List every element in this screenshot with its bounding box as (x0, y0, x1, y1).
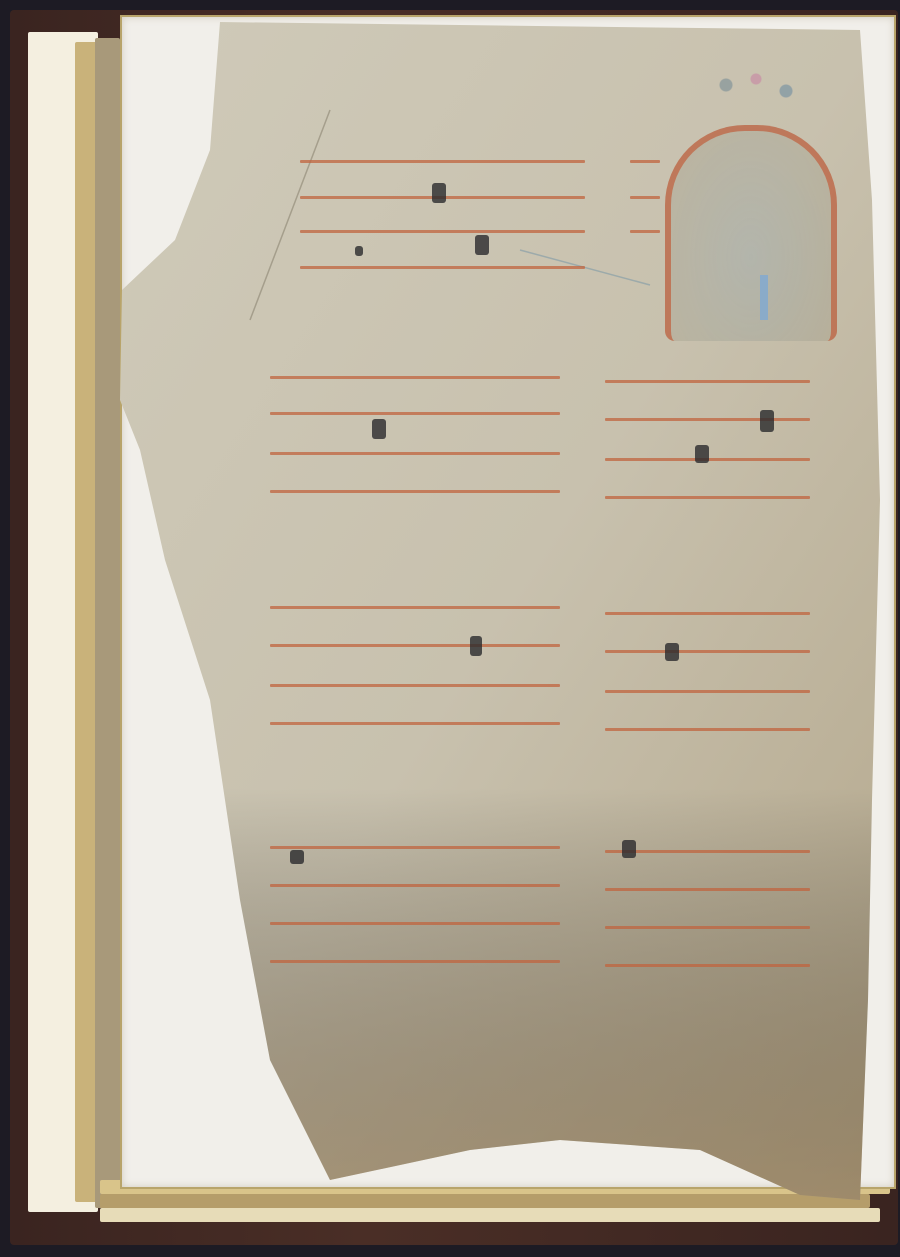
staff-line (605, 926, 810, 929)
staff-line (270, 644, 560, 647)
staff-line (270, 412, 560, 415)
ink-mark (372, 419, 386, 439)
initial-blue-accent (760, 275, 768, 320)
staff-line (270, 490, 560, 493)
staff-line (300, 266, 585, 269)
staff-line (630, 160, 660, 163)
ink-mark (290, 850, 304, 864)
ink-mark (622, 840, 636, 858)
ink-mark (695, 445, 709, 463)
staff-line (270, 846, 560, 849)
illuminated-initial (665, 125, 837, 341)
staff-line (605, 650, 810, 653)
staff-line (270, 452, 560, 455)
staff-line (270, 884, 560, 887)
staff-line (605, 380, 810, 383)
ink-mark (470, 636, 482, 656)
ink-mark (432, 183, 446, 203)
staff-line (300, 230, 585, 233)
staff-line (270, 922, 560, 925)
staff-line (270, 722, 560, 725)
staff-line (270, 606, 560, 609)
staff-line (605, 964, 810, 967)
staff-line (605, 888, 810, 891)
ink-mark (355, 246, 363, 256)
staff-line (605, 728, 810, 731)
staff-line (605, 496, 810, 499)
staff-line (630, 196, 660, 199)
ink-mark (760, 410, 774, 432)
ink-mark (475, 235, 489, 255)
staff-line (605, 612, 810, 615)
staff-line (270, 376, 560, 379)
manuscript-photo: Fragmentary parchment leaf with faded re… (0, 0, 900, 1257)
ink-mark (665, 643, 679, 661)
staff-line (605, 690, 810, 693)
floral-decoration (690, 55, 810, 115)
staff-line (270, 960, 560, 963)
staff-line (605, 418, 810, 421)
staff-line (630, 230, 660, 233)
staff-line (300, 160, 585, 163)
staff-line (270, 684, 560, 687)
